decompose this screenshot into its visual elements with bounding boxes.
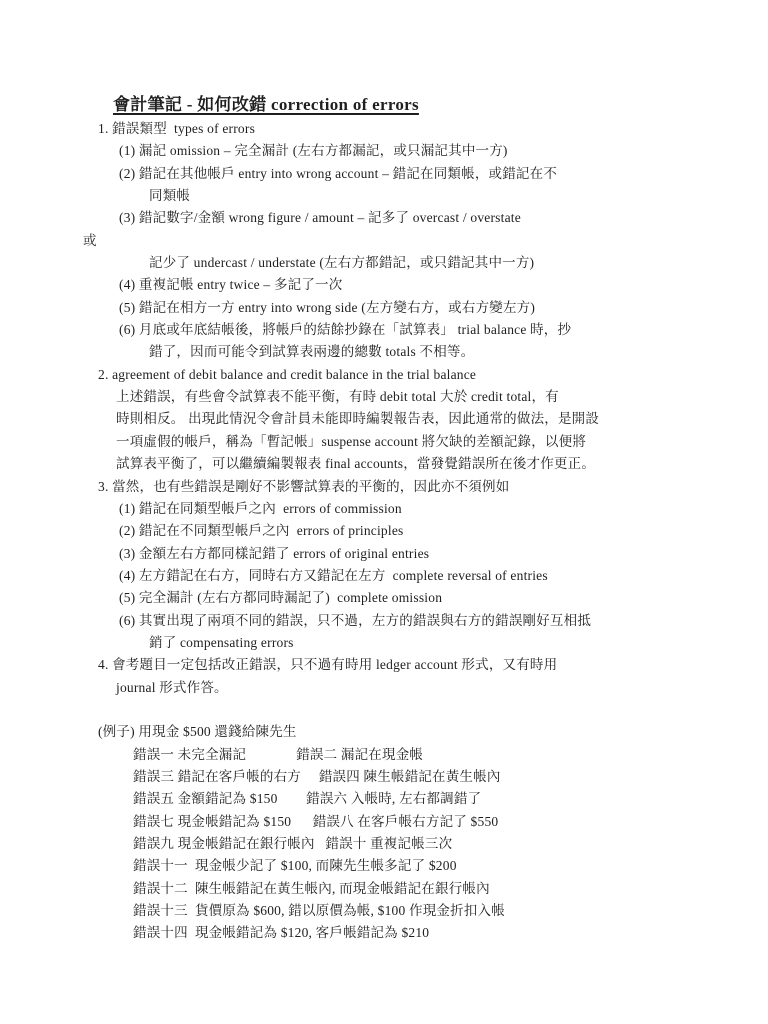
doc-line: 錯誤七 現金帳錯記為 $150 錯誤八 在客戶帳右方記了 $550	[133, 811, 768, 833]
doc-line: 試算表平衡了，可以繼續編製報表 final accounts，當發覺錯誤所在後才…	[116, 453, 768, 475]
doc-line: (例子) 用現金 $500 還錢給陳先生	[98, 721, 768, 743]
doc-line: (5) 完全漏計 (左右方都同時漏記了) complete omission	[119, 587, 768, 609]
doc-line: 2. agreement of debit balance and credit…	[98, 364, 768, 386]
doc-line: 上述錯誤，有些會令試算表不能平衡，有時 debit total 大於 credi…	[116, 386, 768, 408]
doc-line: 或	[83, 230, 768, 252]
doc-line: (5) 錯記在相方一方 entry into wrong side (左方變右方…	[119, 297, 768, 319]
doc-line: (1) 錯記在同類型帳戶之內 errors of commission	[119, 498, 768, 520]
doc-line: 時則相反。 出現此情況令會計員未能即時編製報告表，因此通常的做法，是開設	[116, 408, 768, 430]
doc-line: 錯了，因而可能令到試算表兩邊的總數 totals 不相等。	[149, 341, 768, 363]
doc-line: 錯誤十三 貨價原為 $600, 錯以原價為帳, $100 作現金折扣入帳	[133, 900, 768, 922]
doc-line: 同類帳	[149, 185, 768, 207]
doc-line: (2) 錯記在其他帳戶 entry into wrong account – 錯…	[119, 163, 768, 185]
doc-line: 錯誤五 金額錯記為 $150 錯誤六 入帳時, 左右都調錯了	[133, 788, 768, 810]
doc-line	[0, 699, 768, 721]
doc-line: (6) 其實出現了兩項不同的錯誤，只不過，左方的錯誤與右方的錯誤剛好互相抵	[119, 610, 768, 632]
doc-line: 錯誤一 未完全漏記 錯誤二 漏記在現金帳	[133, 744, 768, 766]
doc-line: 錯誤三 錯記在客戶帳的右方 錯誤四 陳生帳錯記在黃生帳內	[133, 766, 768, 788]
doc-line: 錯誤九 現金帳錯記在銀行帳內 錯誤十 重複記帳三次	[133, 833, 768, 855]
doc-line: 一項虛假的帳戶，稱為「暫記帳」suspense account 將欠缺的差額記錄…	[116, 431, 768, 453]
doc-line: (6) 月底或年底結帳後，將帳戶的結餘抄錄在「試算表」 trial balanc…	[119, 319, 768, 341]
doc-line: (2) 錯記在不同類型帳戶之內 errors of principles	[119, 520, 768, 542]
doc-line: 4. 會考題目一定包括改正錯誤，只不過有時用 ledger account 形式…	[98, 654, 768, 676]
doc-line: 銷了 compensating errors	[149, 632, 768, 654]
doc-line: 錯誤十二 陳生帳錯記在黃生帳內, 而現金帳錯記在銀行帳內	[133, 878, 768, 900]
document-page: 會計筆記 - 如何改錯 correction of errors 1. 錯誤類型…	[0, 0, 768, 1024]
doc-line: (4) 左方錯記在右方，同時右方又錯記在左方 complete reversal…	[119, 565, 768, 587]
doc-line: (1) 漏記 omission – 完全漏計 (左右方都漏記，或只漏記其中一方)	[119, 140, 768, 162]
doc-line: 錯誤十四 現金帳錯記為 $120, 客戶帳錯記為 $210	[133, 922, 768, 944]
doc-line: 錯誤十一 現金帳少記了 $100, 而陳先生帳多記了 $200	[133, 855, 768, 877]
doc-line: (4) 重複記帳 entry twice – 多記了一次	[119, 274, 768, 296]
doc-line: (3) 金額左右方都同樣記錯了 errors of original entri…	[119, 543, 768, 565]
doc-body: 1. 錯誤類型 types of errors(1) 漏記 omission –…	[0, 118, 768, 945]
doc-line: 1. 錯誤類型 types of errors	[98, 118, 768, 140]
doc-line: 3. 當然，也有些錯誤是剛好不影響試算表的平衡的，因此亦不須例如	[98, 476, 768, 498]
doc-line: journal 形式作答。	[116, 677, 768, 699]
doc-line: 記少了 undercast / understate (左右方都錯記，或只錯記其…	[149, 252, 768, 274]
doc-line: (3) 錯記數字/金額 wrong figure / amount – 記多了 …	[119, 207, 768, 229]
page-title: 會計筆記 - 如何改錯 correction of errors	[113, 95, 768, 115]
